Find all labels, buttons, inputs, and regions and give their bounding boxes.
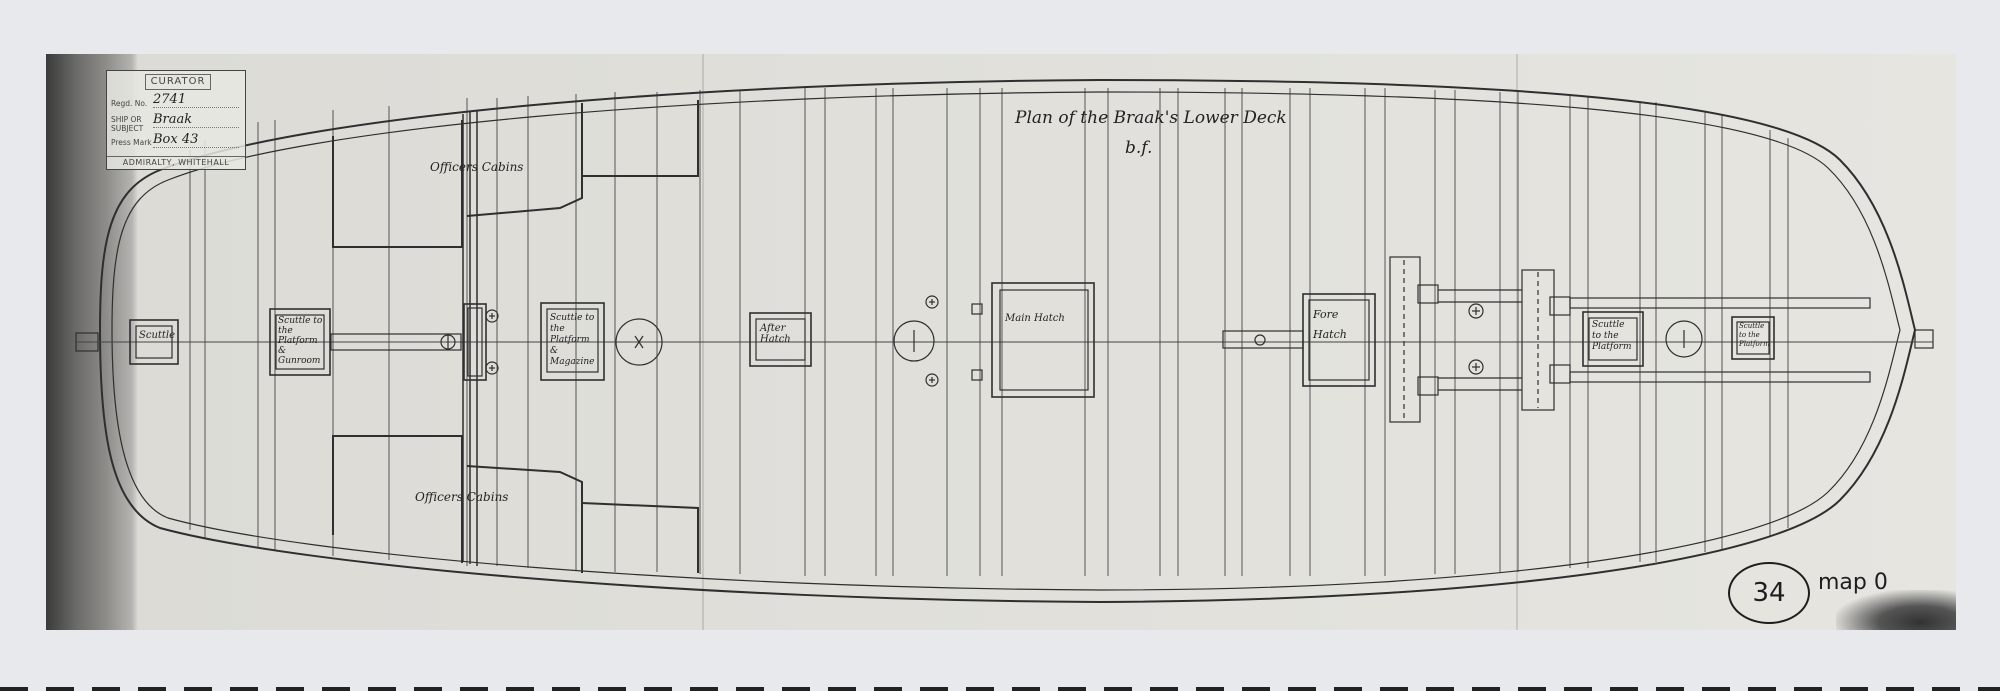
scuttle-fore-label: Scuttle to the Platform bbox=[1592, 320, 1636, 353]
press-mark-label: Press Mark bbox=[111, 138, 152, 147]
officers-cabins-top-label: Officers Cabins bbox=[430, 160, 523, 174]
plan-subtitle: b.f. bbox=[1125, 138, 1152, 158]
border-stripes bbox=[0, 687, 2000, 691]
ship-subject-label: SHIP OR SUBJECT bbox=[111, 115, 151, 133]
scuttle-bow-label: Scuttle to the Platform bbox=[1739, 322, 1769, 349]
curator-stamp: CURATOR Regd. No. 2741 SHIP OR SUBJECT B… bbox=[106, 70, 246, 170]
main-hatch-frame bbox=[992, 283, 1094, 397]
scuttle-magazine-label: Scuttle to the Platform & Magazine bbox=[550, 313, 596, 368]
scuttle-gunroom-label: Scuttle to the Platform & Gunroom bbox=[278, 316, 324, 366]
main-hatch-label: Main Hatch bbox=[1005, 313, 1085, 324]
after-hatch-label: After Hatch bbox=[760, 323, 800, 345]
officers-cabins-bottom-label: Officers Cabins bbox=[415, 490, 508, 504]
officers-cabins-bottom bbox=[333, 436, 698, 573]
ship-subject-value: Braak bbox=[153, 113, 239, 128]
scuttle-aft-label: Scuttle bbox=[139, 330, 173, 341]
catalogue-ref-text: map 0 bbox=[1818, 570, 1888, 595]
catalogue-ref-number: 34 bbox=[1728, 562, 1810, 624]
plan-title: Plan of the Braak's Lower Deck bbox=[1015, 108, 1287, 128]
regd-no-value: 2741 bbox=[153, 93, 239, 108]
curator-footer: ADMIRALTY, WHITEHALL bbox=[107, 156, 245, 167]
press-mark-value: Box 43 bbox=[153, 133, 239, 148]
stem-post bbox=[1915, 330, 1933, 348]
regd-no-label: Regd. No. bbox=[111, 99, 147, 108]
curator-heading: CURATOR bbox=[145, 74, 211, 90]
fore-hatch-label: Fore Hatch bbox=[1313, 305, 1353, 345]
